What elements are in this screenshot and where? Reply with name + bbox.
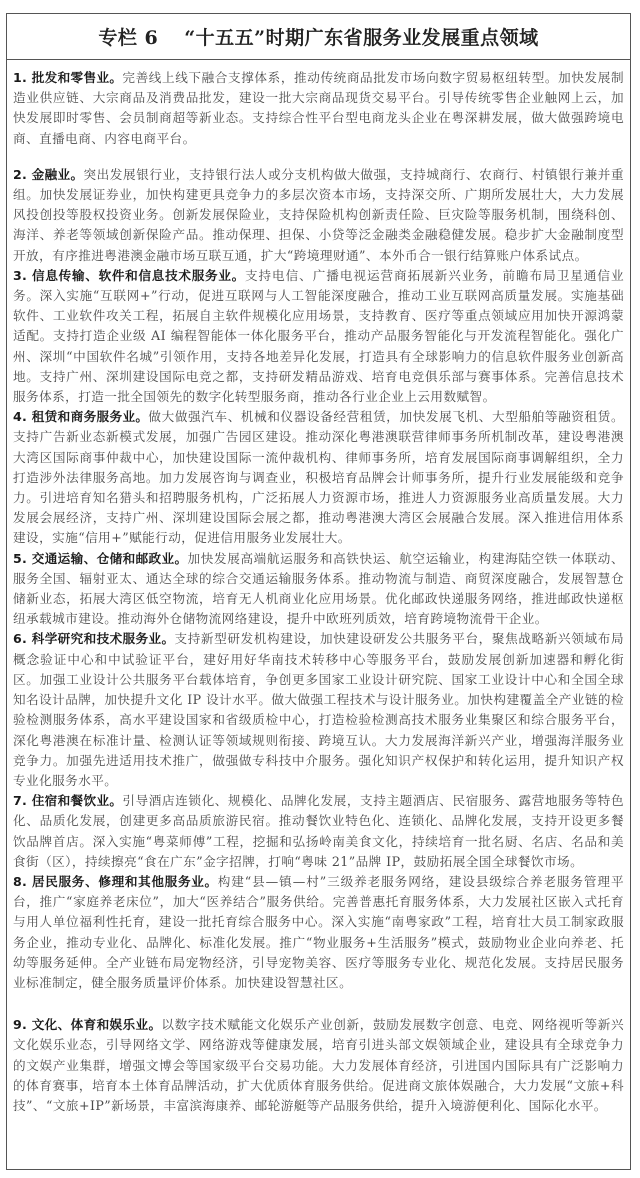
section-text: 突出发展银行业，支持银行法人或分支机构做大做强，支持城商行、农商行、村镇银行兼并…: [13, 167, 624, 263]
section-finance: 2. 金融业。突出发展银行业，支持银行法人或分支机构做大做强，支持城商行、农商行…: [13, 165, 624, 266]
section-title: 3. 信息传输、软件和信息技术服务业。: [13, 268, 245, 283]
section-resident-services: 8. 居民服务、修理和其他服务业。构建“县—镇—村”三级养老服务网络，建设县级综…: [13, 872, 624, 993]
section-title: 4. 租赁和商务服务业。: [13, 409, 148, 424]
section-title: 9. 文化、体育和娱乐业。: [13, 1017, 161, 1032]
section-title: 5. 交通运输、仓储和邮政业。: [13, 551, 188, 566]
section-research-tech: 6. 科学研究和技术服务业。支持新型研发机构建设，加快建设研发公共服务平台，聚焦…: [13, 629, 624, 791]
section-title: 2. 金融业。: [13, 167, 83, 182]
section-wholesale-retail: 1. 批发和零售业。完善线上线下融合支撑体系，推动传统商品批发市场向数字贸易枢纽…: [13, 68, 624, 149]
section-it-software: 3. 信息传输、软件和信息技术服务业。支持电信、广播电视运营商拓展新兴业务，前瞻…: [13, 266, 624, 407]
section-title: 6. 科学研究和技术服务业。: [13, 631, 174, 646]
section-text: 支持新型研发机构建设，加快建设研发公共服务平台，聚焦战略新兴领域布局概念验证中心…: [13, 631, 624, 787]
column-title: “十五五”时期广东省服务业发展重点领域: [184, 23, 538, 50]
section-transport-logistics: 5. 交通运输、仓储和邮政业。加快发展高端航运服务和高铁快运、航空运输业，构建海…: [13, 549, 624, 630]
section-leasing-business: 4. 租赁和商务服务业。做大做强汽车、机械和仪器设备经营租赁，加快发展飞机、大型…: [13, 407, 624, 548]
section-title: 7. 住宿和餐饮业。: [13, 793, 122, 808]
section-title: 8. 居民服务、修理和其他服务业。: [13, 874, 218, 889]
section-text: 构建“县—镇—村”三级养老服务网络，建设县级综合养老服务管理平台，推广“家庭养老…: [13, 874, 624, 990]
column-header: 专栏 6 “十五五”时期广东省服务业发展重点领域: [7, 14, 630, 60]
column-body: 1. 批发和零售业。完善线上线下融合支撑体系，推动传统商品批发市场向数字贸易枢纽…: [7, 60, 630, 1116]
section-title: 1. 批发和零售业。: [13, 70, 122, 85]
section-accommodation-catering: 7. 住宿和餐饮业。引导酒店连锁化、规模化、品牌化发展，支持主题酒店、民宿服务、…: [13, 791, 624, 872]
section-text: 支持电信、广播电视运营商拓展新兴业务，前瞻布局卫星通信业务。深入实施“互联网+”…: [13, 268, 624, 404]
column-box: 专栏 6 “十五五”时期广东省服务业发展重点领域 1. 批发和零售业。完善线上线…: [6, 13, 631, 1170]
column-number: 专栏 6: [98, 23, 158, 50]
section-text: 做大做强汽车、机械和仪器设备经营租赁，加快发展飞机、大型船舶等融资租赁。支持广告…: [13, 409, 624, 545]
section-culture-sports: 9. 文化、体育和娱乐业。以数字技术赋能文化娱乐产业创新，鼓励发展数字创意、电竞…: [13, 1015, 624, 1116]
